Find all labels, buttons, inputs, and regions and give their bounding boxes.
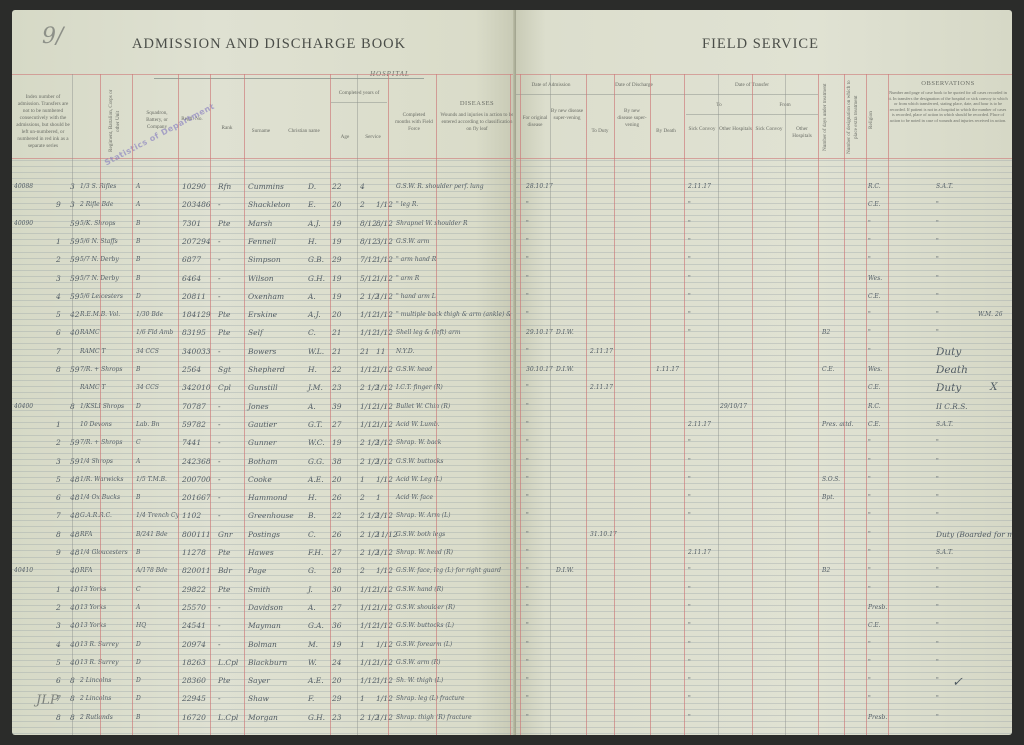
ruled-line [12,160,516,161]
ruled-line [12,270,516,271]
ruled-line [516,496,1012,497]
ruled-line [12,428,516,429]
ruled-line [516,489,1012,490]
ruled-line [516,666,1012,667]
column-rule [436,74,437,735]
header-diseases-desc: Wounds and injuries in action to be ente… [440,112,514,133]
ruled-line [12,520,516,521]
header-religion: Religion [868,100,886,140]
ruled-line [516,221,1012,222]
header-rank: Rank [216,125,238,132]
ruled-line [516,410,1012,411]
cross-mark: X [990,382,997,392]
header-from-other-hospitals: Other Hospitals [786,126,818,140]
ruled-line [516,197,1012,198]
ruled-line [516,636,1012,637]
ruled-line [12,477,516,478]
ruled-line [12,453,516,454]
ruled-line [516,239,1012,240]
ruled-line [516,245,1012,246]
ruled-line [516,618,1012,619]
ruled-line [516,386,1012,387]
header-new-disease-adm: By new disease super-vening [550,108,584,122]
ruled-line [12,441,516,442]
header-age: Age [333,134,357,141]
ruled-line [12,410,516,411]
ruled-line [12,648,516,649]
ruled-line [12,197,516,198]
column-rule [132,74,133,735]
ruled-line [12,166,516,167]
ruled-line [516,435,1012,436]
folio-mark: 9/ [42,24,63,49]
ruled-line [516,441,1012,442]
ruled-line [12,471,516,472]
ruled-line [12,209,516,210]
ruled-line [516,733,1012,734]
column-rule [785,74,786,735]
column-rule [718,74,719,735]
ruled-line [12,642,516,643]
ruled-line [12,380,516,381]
ruled-line [516,709,1012,710]
ruled-line [12,294,516,295]
header-date-admission: Date of Admission [518,82,584,89]
ruled-line [516,630,1012,631]
ruled-line [516,721,1012,722]
ruled-line [12,221,516,222]
ruled-line [12,184,516,185]
header-unit: Regiment, Battalion, Corps or other Unit [108,88,128,154]
ruled-line [12,319,516,320]
column-rule [178,74,179,735]
ruled-line [12,496,516,497]
ruled-line [12,355,516,356]
ruled-line [12,483,516,484]
ruled-line [516,685,1012,686]
ruled-line [516,526,1012,527]
header-designation-number: Number of designation on which to place … [846,80,868,154]
ruled-line [516,319,1012,320]
ruled-line [516,203,1012,204]
ruled-line [516,337,1012,338]
ruled-line [516,672,1012,673]
ruled-line [12,367,516,368]
ruled-line [12,239,516,240]
ruled-line [12,404,516,405]
ruled-line [516,184,1012,185]
subheader-rule-right [516,94,818,95]
ruled-line [516,374,1012,375]
ruled-line [12,331,516,332]
ruled-line [12,392,516,393]
ruled-line [12,563,516,564]
ruled-line [12,721,516,722]
ruled-line [516,276,1012,277]
ruled-line [516,550,1012,551]
left-page: 9/ ADMISSION AND DISCHARGE BOOK HOSPITAL… [12,10,516,735]
ruled-line [516,361,1012,362]
ruled-line [12,557,516,558]
ruled-line [12,288,516,289]
ruled-line [516,294,1012,295]
ruled-line [516,514,1012,515]
ruled-line [516,727,1012,728]
header-by-death: By Death [652,128,680,135]
column-rule [752,74,753,735]
header-bottom-rule [12,158,516,159]
ruled-line [516,575,1012,576]
years-subheader-rule [331,102,387,103]
ruled-line [12,587,516,588]
ruled-line [12,538,516,539]
ruled-line [12,276,516,277]
ruled-line [516,367,1012,368]
ruled-line [12,605,516,606]
ruled-line [516,160,1012,161]
header-observations: OBSERVATIONS [888,80,1008,87]
column-rule [550,74,551,735]
ruled-line [516,331,1012,332]
ruled-line [516,209,1012,210]
ledger-book: 9/ ADMISSION AND DISCHARGE BOOK HOSPITAL… [8,10,1012,735]
column-rule [684,74,685,735]
ruled-line [516,471,1012,472]
ruled-line [12,544,516,545]
column-rule [357,74,358,735]
header-surname: Surname [246,128,276,135]
ruled-line [12,447,516,448]
ruled-line [516,557,1012,558]
ruled-line [12,264,516,265]
column-rule [520,74,521,735]
ruled-line [516,532,1012,533]
ruled-line [12,178,516,179]
ruled-line [516,227,1012,228]
ruled-line [12,679,516,680]
ruled-line [12,386,516,387]
ruled-line [12,715,516,716]
ruled-line [516,648,1012,649]
ruled-line [12,313,516,314]
ruled-line [12,435,516,436]
column-rule [888,74,889,735]
ruled-line [12,532,516,533]
header-top-rule [12,74,516,75]
page-title: ADMISSION AND DISCHARGE BOOK [132,36,406,53]
ruled-line [12,416,516,417]
column-rule [330,74,331,735]
ruled-line [12,258,516,259]
ruled-line [516,563,1012,564]
ruled-line [12,252,516,253]
ruled-line [12,660,516,661]
ruled-line [516,453,1012,454]
ruled-line [516,465,1012,466]
header-days-treatment: Number of days under treatment [822,80,840,154]
header-completed-years: Completed years of [331,90,387,97]
ruled-line [516,605,1012,606]
ruled-line [516,581,1012,582]
ruled-line [516,544,1012,545]
ruled-line [516,404,1012,405]
ruled-line [12,282,516,283]
ruled-line [12,203,516,204]
ruled-line [12,422,516,423]
ruled-line [516,191,1012,192]
ruled-line [516,172,1012,173]
ruled-line [516,459,1012,460]
right-page: FIELD SERVICE Date of Admission For orig… [516,10,1012,735]
ruled-line [516,428,1012,429]
ruled-line [12,630,516,631]
ruled-line [12,514,516,515]
ruled-line [12,672,516,673]
ruled-line [516,313,1012,314]
column-rule [614,74,615,735]
column-rule [866,74,867,735]
ruled-line [12,733,516,734]
ruled-line [516,593,1012,594]
ruled-line [516,660,1012,661]
column-rule [210,74,211,735]
header-to-other-hospitals: Other Hospitals [719,126,752,133]
ruled-line [516,483,1012,484]
ruled-line [516,502,1012,503]
ruled-line [516,380,1012,381]
ruled-line [516,325,1012,326]
header-date-discharge: Date of Discharge [586,82,682,89]
ruled-line [516,178,1012,179]
ruled-line [12,374,516,375]
ruled-line [12,172,516,173]
ruled-line [516,166,1012,167]
column-rule [72,74,73,735]
ruled-line [12,325,516,326]
ruled-line [516,569,1012,570]
ruled-line [516,233,1012,234]
ruled-line [516,679,1012,680]
ruled-line [12,349,516,350]
column-rule [586,74,587,735]
ruled-line [516,520,1012,521]
ruled-line [516,282,1012,283]
ruled-line [12,550,516,551]
ruled-line [516,355,1012,356]
ruled-line [12,569,516,570]
ruled-line [12,489,516,490]
header-diseases: DISEASES [440,100,514,107]
ruled-line [12,611,516,612]
ruled-line [12,654,516,655]
ruled-line [516,599,1012,600]
header-service: Service [360,134,386,141]
column-rule [244,74,245,735]
ruled-line [12,191,516,192]
ruled-line [12,703,516,704]
header-observations-desc: Number and page of case book to be quote… [888,90,1008,124]
ruled-line [12,691,516,692]
ruled-line [12,618,516,619]
ruled-line [12,575,516,576]
ruled-line [12,343,516,344]
ruled-line [516,264,1012,265]
column-rule [100,74,101,735]
header-bottom-rule-right [516,158,1012,159]
ruled-line [516,258,1012,259]
ruled-line [12,337,516,338]
ruled-line [12,685,516,686]
ruled-line [516,642,1012,643]
header-index-number: Index number of admission. Transfers are… [14,94,72,150]
ruled-line [12,245,516,246]
ruled-line [12,398,516,399]
ruled-line [12,233,516,234]
closing-tick: ✓ [952,678,963,688]
ruled-line [516,392,1012,393]
column-rule [844,74,845,735]
ruled-line [12,465,516,466]
ruled-line [516,703,1012,704]
ruled-line [12,666,516,667]
ruled-line [12,599,516,600]
hospital-name-line [154,78,424,79]
ruled-line [516,343,1012,344]
header-to-duty: To Duty [588,128,612,135]
ruled-line [516,398,1012,399]
ruled-line [516,447,1012,448]
ruled-line [516,477,1012,478]
ruled-line [516,306,1012,307]
header-to-sick-convoy: Sick Convoy [686,126,718,133]
ruled-line [12,459,516,460]
ruled-line [516,416,1012,417]
ruled-line [516,270,1012,271]
ruled-line [12,508,516,509]
column-rule [818,74,819,735]
ruled-line [516,422,1012,423]
header-original-disease: For original disease [522,115,548,129]
ruled-line [516,624,1012,625]
ruled-line [12,581,516,582]
ruled-line [12,227,516,228]
ruled-line [516,691,1012,692]
ruled-line [12,300,516,301]
header-months-field-force: Completed months with Field Force [395,112,433,133]
column-rule [510,74,511,735]
ruled-line [12,215,516,216]
ruled-line [516,715,1012,716]
ruled-line [12,526,516,527]
ruled-line [516,288,1012,289]
ruled-line [12,593,516,594]
header-new-disease-dis: By new disease super-vening [616,108,648,129]
ruled-line [12,502,516,503]
ruled-line [516,611,1012,612]
page-title-right: FIELD SERVICE [702,36,819,53]
ruled-line [516,654,1012,655]
ruled-line [12,697,516,698]
ruled-line [12,727,516,728]
ruled-line [516,697,1012,698]
header-transfer-to: To [686,102,752,109]
ruled-line [12,636,516,637]
header-top-rule-right [516,74,1012,75]
ruled-line [12,306,516,307]
column-rule [650,74,651,735]
header-from-sick-convoy: Sick Convoy [753,126,785,133]
header-christian-name: Christian name [282,128,326,135]
ruled-line [516,215,1012,216]
column-rule [388,74,389,735]
ruled-line [12,361,516,362]
ruled-line [516,587,1012,588]
ruled-line [12,624,516,625]
ruled-line [516,508,1012,509]
ruled-line [516,300,1012,301]
ruled-line [516,538,1012,539]
ruled-line [12,709,516,710]
ruled-line [516,349,1012,350]
ruled-line [516,252,1012,253]
